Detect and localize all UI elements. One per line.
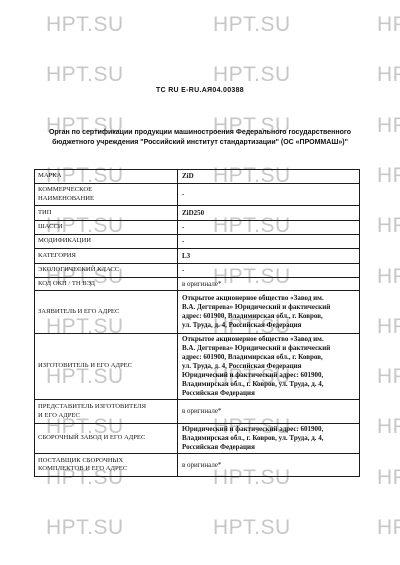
row-label: КОД ОКП / ТН ВЭД bbox=[35, 278, 178, 291]
table-row: ЗАЯВИТЕЛЬ И ЕГО АДРЕСОткрытое акционерно… bbox=[35, 291, 360, 334]
table-row: ПОСТАВЩИК СБОРОЧНЫХ КОМПЛЕКТОВ И ЕГО АДР… bbox=[35, 454, 360, 477]
row-label: КАТЕГОРИЯ bbox=[35, 249, 178, 264]
row-value: Открытое акционерное общество «Завод им.… bbox=[178, 334, 360, 400]
row-label: ПРЕДСТАВИТЕЛЬ ИЗГОТОВИТЕЛЯ И ЕГО АДРЕС bbox=[35, 400, 178, 424]
row-value: в оригинале* bbox=[178, 400, 360, 424]
row-value: - bbox=[178, 264, 360, 278]
row-value: в оригинале* bbox=[178, 278, 360, 291]
table-row: КОММЕРЧЕСКОЕ НАИМЕНОВАНИЕ- bbox=[35, 184, 360, 206]
row-value: Открытое акционерное общество «Завод им.… bbox=[178, 291, 360, 334]
row-value: - bbox=[178, 235, 360, 249]
table-row: СБОРОЧНЫЙ ЗАВОД И ЕГО АДРЕСЮридический и… bbox=[35, 424, 360, 454]
row-value: ZiD bbox=[178, 170, 360, 184]
row-label: МАРКА bbox=[35, 170, 178, 184]
certification-body-text: Орган по сертификации продукции машиност… bbox=[20, 128, 380, 147]
certificate-page: HPT.SUHPT.SUHPT.SUHPT.SUHPT.SUHPT.SUHPT.… bbox=[0, 0, 400, 565]
row-value: ZiD250 bbox=[178, 206, 360, 221]
row-label: ИЗГОТОВИТЕЛЬ И ЕГО АДРЕС bbox=[35, 334, 178, 400]
table-row: ПРЕДСТАВИТЕЛЬ ИЗГОТОВИТЕЛЯ И ЕГО АДРЕСв … bbox=[35, 400, 360, 424]
row-label: ПОСТАВЩИК СБОРОЧНЫХ КОМПЛЕКТОВ И ЕГО АДР… bbox=[35, 454, 178, 477]
table-row: МОДИФИКАЦИИ- bbox=[35, 235, 360, 249]
table-row: ИЗГОТОВИТЕЛЬ И ЕГО АДРЕСОткрытое акционе… bbox=[35, 334, 360, 400]
row-value: - bbox=[178, 221, 360, 235]
row-value: L3 bbox=[178, 249, 360, 264]
table-row: КАТЕГОРИЯL3 bbox=[35, 249, 360, 264]
row-value: Юридический и фактический адрес: 601900,… bbox=[178, 424, 360, 454]
table-row: ЭКОЛОГИЧЕСКИЙ КЛАСС- bbox=[35, 264, 360, 278]
row-label: СБОРОЧНЫЙ ЗАВОД И ЕГО АДРЕС bbox=[35, 424, 178, 454]
table-row: ТИПZiD250 bbox=[35, 206, 360, 221]
row-label: ЭКОЛОГИЧЕСКИЙ КЛАСС bbox=[35, 264, 178, 278]
table-row: ШАССИ- bbox=[35, 221, 360, 235]
row-label: ЗАЯВИТЕЛЬ И ЕГО АДРЕС bbox=[35, 291, 178, 334]
row-value: - bbox=[178, 184, 360, 206]
row-label: МОДИФИКАЦИИ bbox=[35, 235, 178, 249]
row-value: в оригинале* bbox=[178, 454, 360, 477]
table-row: КОД ОКП / ТН ВЭДв оригинале* bbox=[35, 278, 360, 291]
certificate-content: ТС RU E-RU.АЯ04.00388 Орган по сертифика… bbox=[0, 0, 400, 565]
row-label: ТИП bbox=[35, 206, 178, 221]
certificate-number: ТС RU E-RU.АЯ04.00388 bbox=[0, 87, 400, 94]
row-label: ШАССИ bbox=[35, 221, 178, 235]
table-row: МАРКАZiD bbox=[35, 170, 360, 184]
row-label: КОММЕРЧЕСКОЕ НАИМЕНОВАНИЕ bbox=[35, 184, 178, 206]
certificate-table: МАРКАZiDКОММЕРЧЕСКОЕ НАИМЕНОВАНИЕ-ТИПZiD… bbox=[34, 169, 360, 477]
